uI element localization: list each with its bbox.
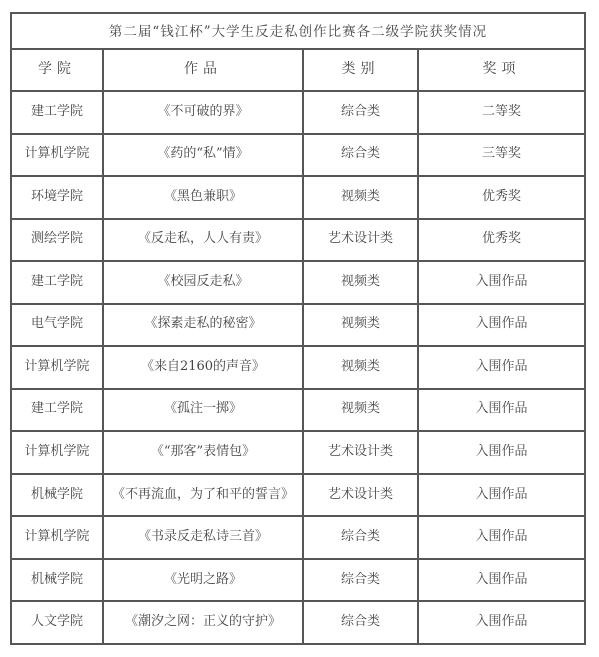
category-cell: 综合类 [303,559,418,602]
column-header-work: 作品 [103,49,303,91]
college-cell: 人文学院 [11,601,103,644]
award-cell: 入围作品 [418,304,585,347]
category-cell: 综合类 [303,601,418,644]
college-cell: 机械学院 [11,559,103,602]
college-cell: 建工学院 [11,389,103,432]
college-cell: 计算机学院 [11,516,103,559]
work-cell: 《潮汐之网：正义的守护》 [103,601,303,644]
table-header-row: 学院 作品 类别 奖项 [11,49,585,91]
college-cell: 计算机学院 [11,431,103,474]
table-title-row: 第二届“钱江杯”大学生反走私创作比赛各二级学院获奖情况 [11,13,585,49]
work-cell: 《来自2160的声音》 [103,346,303,389]
table-row: 机械学院 《不再流血，为了和平的誓言》 艺术设计类 入围作品 [11,474,585,517]
work-cell: 《药的“私”情》 [103,134,303,177]
table-row: 计算机学院 《来自2160的声音》 视频类 入围作品 [11,346,585,389]
work-cell: 《“那客”表情包》 [103,431,303,474]
category-cell: 艺术设计类 [303,474,418,517]
work-cell: 《探素走私的秘密》 [103,304,303,347]
category-cell: 综合类 [303,134,418,177]
work-cell: 《书录反走私诗三首》 [103,516,303,559]
category-cell: 视频类 [303,304,418,347]
category-cell: 艺术设计类 [303,431,418,474]
work-cell: 《黑色兼职》 [103,176,303,219]
awards-table: 第二届“钱江杯”大学生反走私创作比赛各二级学院获奖情况 学院 作品 类别 奖项 … [10,12,586,645]
category-cell: 视频类 [303,346,418,389]
table-row: 测绘学院 《反走私，人人有责》 艺术设计类 优秀奖 [11,219,585,262]
category-cell: 视频类 [303,261,418,304]
table-row: 人文学院 《潮汐之网：正义的守护》 综合类 入围作品 [11,601,585,644]
table-row: 计算机学院 《书录反走私诗三首》 综合类 入围作品 [11,516,585,559]
column-header-college: 学院 [11,49,103,91]
category-cell: 艺术设计类 [303,219,418,262]
work-cell: 《孤注一掷》 [103,389,303,432]
column-header-award: 奖项 [418,49,585,91]
work-cell: 《校园反走私》 [103,261,303,304]
award-cell: 入围作品 [418,516,585,559]
category-cell: 视频类 [303,389,418,432]
page: 第二届“钱江杯”大学生反走私创作比赛各二级学院获奖情况 学院 作品 类别 奖项 … [0,0,599,657]
table-row: 机械学院 《光明之路》 综合类 入围作品 [11,559,585,602]
college-cell: 计算机学院 [11,346,103,389]
work-cell: 《不可破的界》 [103,91,303,134]
table-row: 环境学院 《黑色兼职》 视频类 优秀奖 [11,176,585,219]
category-cell: 视频类 [303,176,418,219]
award-cell: 入围作品 [418,346,585,389]
table-row: 建工学院 《校园反走私》 视频类 入围作品 [11,261,585,304]
award-cell: 入围作品 [418,601,585,644]
work-cell: 《反走私，人人有责》 [103,219,303,262]
award-cell: 入围作品 [418,389,585,432]
table-row: 电气学院 《探素走私的秘密》 视频类 入围作品 [11,304,585,347]
table-row: 计算机学院 《药的“私”情》 综合类 三等奖 [11,134,585,177]
college-cell: 机械学院 [11,474,103,517]
award-cell: 二等奖 [418,91,585,134]
category-cell: 综合类 [303,91,418,134]
award-cell: 入围作品 [418,431,585,474]
college-cell: 建工学院 [11,261,103,304]
table-row: 建工学院 《不可破的界》 综合类 二等奖 [11,91,585,134]
award-cell: 三等奖 [418,134,585,177]
table-row: 建工学院 《孤注一掷》 视频类 入围作品 [11,389,585,432]
table-row: 计算机学院 《“那客”表情包》 艺术设计类 入围作品 [11,431,585,474]
award-cell: 优秀奖 [418,176,585,219]
college-cell: 建工学院 [11,91,103,134]
college-cell: 电气学院 [11,304,103,347]
college-cell: 计算机学院 [11,134,103,177]
category-cell: 综合类 [303,516,418,559]
work-cell: 《光明之路》 [103,559,303,602]
college-cell: 环境学院 [11,176,103,219]
college-cell: 测绘学院 [11,219,103,262]
award-cell: 优秀奖 [418,219,585,262]
work-cell: 《不再流血，为了和平的誓言》 [103,474,303,517]
column-header-category: 类别 [303,49,418,91]
award-cell: 入围作品 [418,559,585,602]
award-cell: 入围作品 [418,261,585,304]
award-cell: 入围作品 [418,474,585,517]
table-title: 第二届“钱江杯”大学生反走私创作比赛各二级学院获奖情况 [11,13,585,49]
